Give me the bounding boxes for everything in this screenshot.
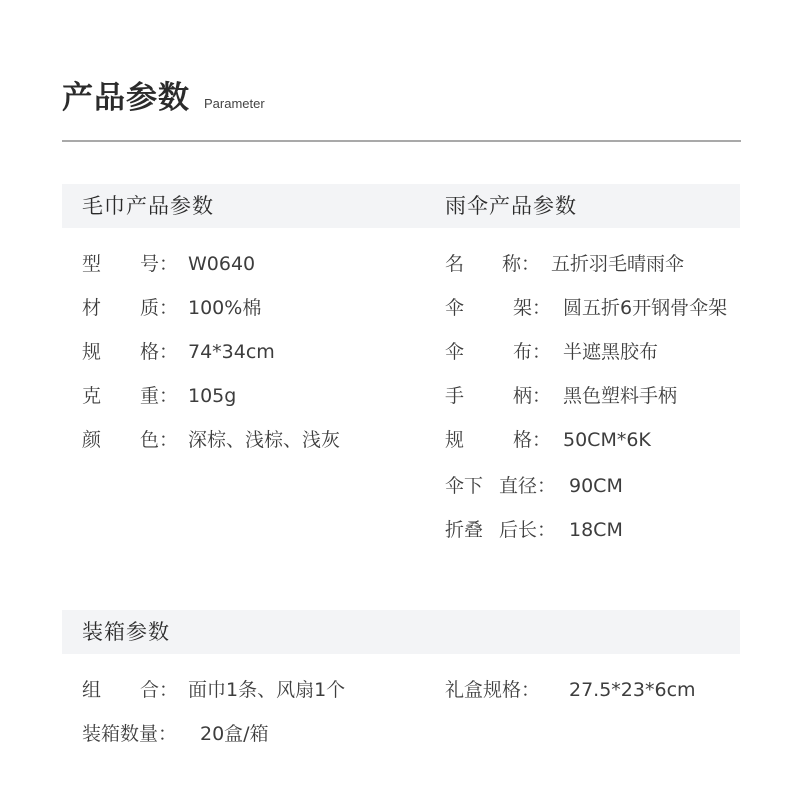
packing-section-header-bar: 装箱参数 (62, 610, 740, 654)
param-value: 74*34cm (188, 340, 275, 364)
product-section-header-bar: 毛巾产品参数 雨伞产品参数 (62, 184, 740, 228)
param-key: 型 (82, 252, 101, 276)
title-subtitle: Parameter (204, 96, 265, 111)
param-key: 色： (140, 428, 178, 452)
param-value: 18CM (569, 518, 623, 542)
title-divider (62, 140, 741, 142)
param-key: 伞 (445, 340, 464, 364)
param-value: W0640 (188, 252, 255, 276)
param-value: 黑色塑料手柄 (563, 384, 677, 408)
param-key: 合： (140, 678, 178, 702)
param-key: 直径： (499, 474, 556, 498)
param-key: 布： (513, 340, 551, 364)
umbrella-section-heading: 雨伞产品参数 (445, 184, 577, 228)
param-key: 重： (140, 384, 178, 408)
param-key: 柄： (513, 384, 551, 408)
param-key: 克 (82, 384, 101, 408)
param-value: 五折羽毛晴雨伞 (551, 252, 684, 276)
packing-section-heading: 装箱参数 (82, 610, 170, 654)
param-key: 质： (140, 296, 178, 320)
title-main: 产品参数 (62, 72, 190, 117)
param-key: 组 (82, 678, 101, 702)
param-key: 规 (445, 428, 464, 452)
param-value: 27.5*23*6cm (569, 678, 696, 702)
param-key: 称： (502, 252, 540, 276)
param-key: 手 (445, 384, 464, 408)
param-value: 20盒/箱 (200, 722, 269, 746)
param-key: 材 (82, 296, 101, 320)
param-value: 105g (188, 384, 236, 408)
towel-section-heading: 毛巾产品参数 (82, 184, 214, 228)
param-key: 架： (513, 296, 551, 320)
page-title: 产品参数 Parameter (62, 72, 265, 117)
param-key: 后长： (499, 518, 556, 542)
param-key: 名 (445, 252, 464, 276)
param-key: 规 (82, 340, 101, 364)
param-key: 号： (140, 252, 178, 276)
param-key: 装箱数量： (82, 722, 177, 746)
param-value: 90CM (569, 474, 623, 498)
param-key: 颜 (82, 428, 101, 452)
param-value: 半遮黑胶布 (563, 340, 658, 364)
param-key: 折叠 (445, 518, 483, 542)
param-key: 伞 (445, 296, 464, 320)
param-key: 格： (140, 340, 178, 364)
param-value: 圆五折6开钢骨伞架 (563, 296, 727, 320)
param-key: 礼盒规格： (445, 678, 540, 702)
param-value: 100%棉 (188, 296, 261, 320)
param-value: 面巾1条、风扇1个 (188, 678, 345, 702)
param-key: 格： (513, 428, 551, 452)
param-key: 伞下 (445, 474, 483, 498)
param-value: 深棕、浅棕、浅灰 (188, 428, 340, 452)
param-value: 50CM*6K (563, 428, 651, 452)
